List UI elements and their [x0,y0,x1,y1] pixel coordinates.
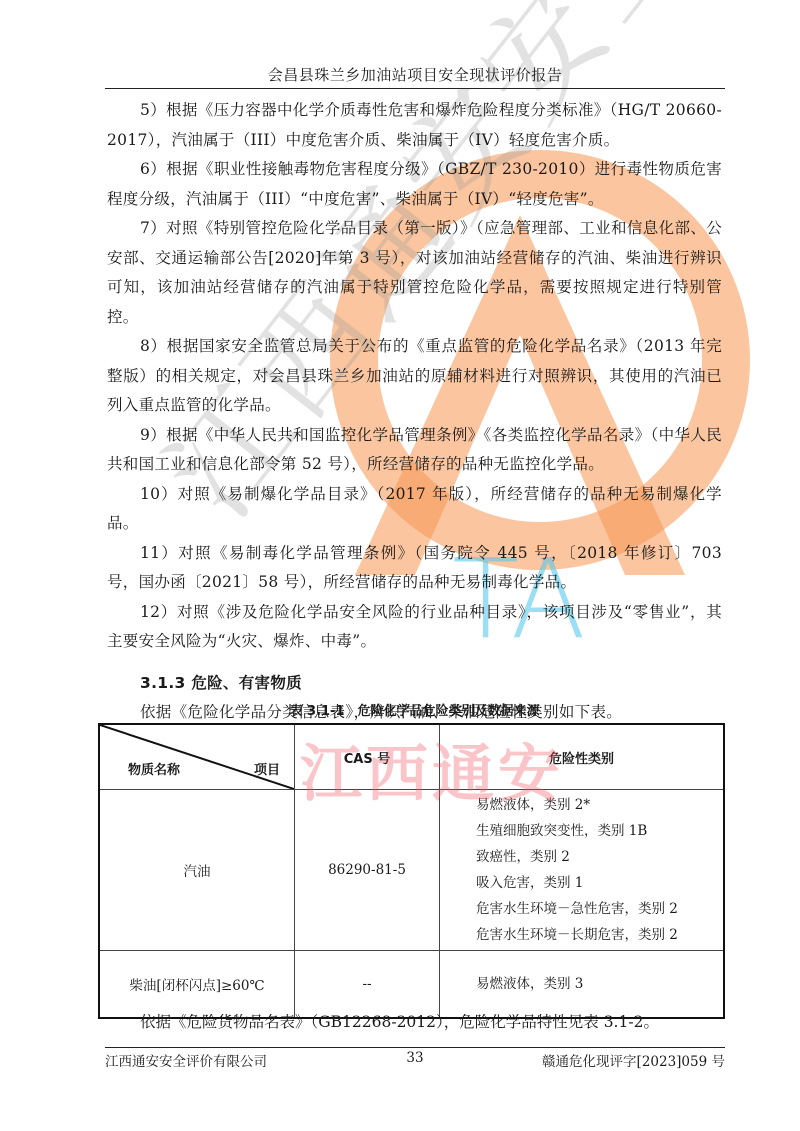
diagonal-line [100,725,294,789]
hazard-item: 易燃液体，类别 3 [476,971,723,997]
body-content: 5）根据《压力容器中化学介质毒性危害和爆炸危险程度分类标准》（HG/T 2066… [107,96,722,727]
hazard-list: 易燃液体，类别 3 [440,951,725,1019]
table-header-row: 物质名称 项目 CAS 号 危险性类别 [99,724,724,790]
hazard-list: 易燃液体，类别 2* 生殖细胞致突变性，类别 1B 致癌性，类别 2 吸入危害，… [440,790,725,951]
hazard-item: 致癌性，类别 2 [476,844,723,870]
footer-divider [105,1047,725,1048]
hazard-item: 易燃液体，类别 2* [476,792,723,818]
paragraph-11: 11）对照《易制毒化学品管理条例》（国务院令 445 号，〔2018 年修订〕7… [107,539,722,598]
after-table-paragraph: 依据《危险货物品名表》（GB12268-2012），危险化学品特性见表 3.1-… [107,1010,722,1032]
substance-name: 柴油[闭杯闪点]≥60℃ [99,951,295,1019]
page-header-title: 会昌县珠兰乡加油站项目安全现状评价报告 [105,64,725,85]
paragraph-10: 10）对照《易制爆化学品目录》（2017 年版），所经营储存的品种无易制爆化学品… [107,480,722,539]
paragraph-9: 9）根据《中华人民共和国监控化学品管理条例》《各类监控化学品名录》（中华人民共和… [107,421,722,480]
hazard-item: 吸入危害，类别 1 [476,870,723,896]
hazard-item: 生殖细胞致突变性，类别 1B [476,818,723,844]
header-divider [105,88,725,89]
hazard-table: 物质名称 项目 CAS 号 危险性类别 汽油 86290-81-5 易燃液体，类… [98,723,725,1019]
paragraph-5: 5）根据《压力容器中化学介质毒性危害和爆炸危险程度分类标准》（HG/T 2066… [107,96,722,155]
header-cas: CAS 号 [295,724,440,790]
document-number: 赣通危化现评字[2023]059 号 [542,1050,725,1070]
paragraph-8: 8）根据国家安全监管总局关于公布的《重点监管的危险化学品名录》（2013 年完整… [107,332,722,421]
document-page: TA 江西通安安全评价有限公司 会昌县珠兰乡加油站项目安全现状评价报告 5）根据… [0,0,800,1131]
paragraph-6: 6）根据《职业性接触毒物危害程度分级》（GBZ/T 230-2010）进行毒性物… [107,155,722,214]
table-row: 汽油 86290-81-5 易燃液体，类别 2* 生殖细胞致突变性，类别 1B … [99,790,724,951]
hazard-item: 危害水生环境－急性危害，类别 2 [476,896,723,922]
paragraph-7: 7）对照《特别管控危险化学品目录（第一版）》（应急管理部、工业和信息化部、公安部… [107,214,722,332]
header-hazard-class: 危险性类别 [440,724,725,790]
cas-number: 86290-81-5 [295,790,440,951]
header-substance-name: 物质名称 [128,759,180,778]
hazard-item: 危害水生环境－长期危害，类别 2 [476,922,723,948]
section-heading: 3.1.3 危险、有害物质 [107,669,722,698]
table-caption: 表 3.1-1 危险化学品危险类别及数据来源 [107,700,722,719]
header-item: 项目 [254,759,280,778]
diagonal-header-cell: 物质名称 项目 [99,724,295,790]
cas-number: -- [295,951,440,1019]
table-row: 柴油[闭杯闪点]≥60℃ -- 易燃液体，类别 3 [99,951,724,1019]
paragraph-12: 12）对照《涉及危险化学品安全风险的行业品种目录》，该项目涉及“零售业”，其主要… [107,598,722,657]
substance-name: 汽油 [99,790,295,951]
